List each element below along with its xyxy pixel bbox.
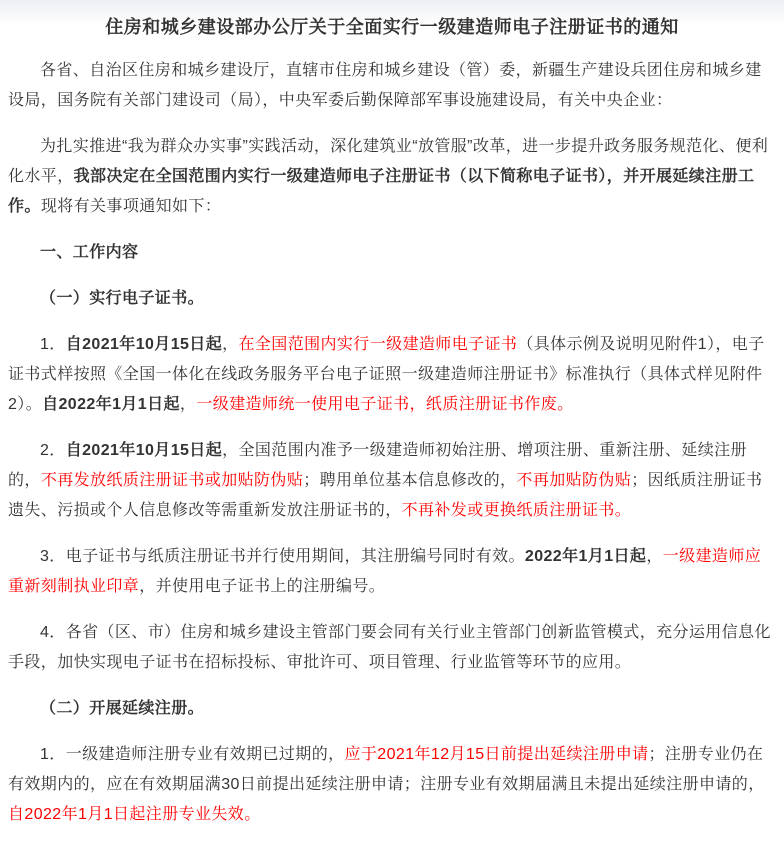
bold-text: 2022年1月1日起: [525, 548, 646, 565]
text-segment: ，: [222, 336, 238, 353]
bold-text: （一）实行电子证书。: [40, 290, 204, 307]
bold-text: 自2021年10月15日起: [66, 336, 222, 353]
paragraph: 3．电子证书与纸质注册证书并行使用期间，其注册编号同时有效。2022年1月1日起…: [8, 542, 776, 602]
document-title: 住房和城乡建设部办公厅关于全面实行一级建造师电子注册证书的通知: [8, 14, 776, 40]
text-segment: 各省、自治区住房和城乡建设厅，直辖市住房和城乡建设（管）委，新疆生产建设兵团住房…: [8, 62, 762, 109]
text-segment: 1．: [40, 336, 66, 353]
highlight-red-text: 不再补发或更换纸质注册证书。: [402, 502, 632, 519]
paragraph: 1．一级建造师注册专业有效期已过期的，应于2021年12月15日前提出延续注册申…: [8, 740, 776, 830]
text-segment: 4．各省（区、市）住房和城乡建设主管部门要会同有关行业主管部门创新监管模式，充分…: [8, 624, 771, 671]
paragraph: 4．各省（区、市）住房和城乡建设主管部门要会同有关行业主管部门创新监管模式，充分…: [8, 618, 776, 678]
paragraph: 各省、自治区住房和城乡建设厅，直辖市住房和城乡建设（管）委，新疆生产建设兵团住房…: [8, 56, 776, 116]
highlight-red-text: 不再加贴防伪贴: [516, 472, 631, 489]
highlight-red-text: 一级建造师统一使用电子证书，纸质注册证书作废。: [196, 396, 573, 413]
paragraph: 为扎实推进“我为群众办实事”实践活动，深化建筑业“放管服”改革，进一步提升政务服…: [8, 132, 776, 222]
highlight-red-text: 不再发放纸质注册证书或加贴防伪贴: [41, 472, 303, 489]
bold-text: （二）开展延续注册。: [40, 700, 204, 717]
text-segment: ，并使用电子证书上的注册编号。: [139, 578, 385, 595]
text-segment: ；聘用单位基本信息修改的，: [303, 472, 516, 489]
document-body: 各省、自治区住房和城乡建设厅，直辖市住房和城乡建设（管）委，新疆生产建设兵团住房…: [8, 56, 776, 830]
paragraph: 2．自2021年10月15日起，全国范围内准予一级建造师初始注册、增项注册、重新…: [8, 436, 776, 526]
section-heading: （二）开展延续注册。: [8, 694, 776, 724]
highlight-red-text: 在全国范围内实行一级建造师电子证书: [239, 336, 518, 353]
text-segment: 3．电子证书与纸质注册证书并行使用期间，其注册编号同时有效。: [40, 548, 525, 565]
highlight-red-text: 应于2021年12月15日前提出延续注册申请: [345, 746, 649, 763]
section-heading: （一）实行电子证书。: [8, 284, 776, 314]
text-segment: 现将有关事项通知如下：: [41, 198, 221, 215]
highlight-red-text: 自2022年1月1日起注册专业失效。: [8, 806, 261, 823]
section-heading: 一、工作内容: [8, 238, 776, 268]
text-segment: ，: [646, 548, 662, 565]
text-segment: 2．: [40, 442, 66, 459]
bold-text: 自2022年1月1日起: [42, 396, 180, 413]
text-segment: ，: [180, 396, 196, 413]
bold-text: 一、工作内容: [40, 244, 138, 261]
notice-page: 住房和城乡建设部办公厅关于全面实行一级建造师电子注册证书的通知 各省、自治区住房…: [0, 0, 784, 854]
text-segment: 1．一级建造师注册专业有效期已过期的，: [40, 746, 345, 763]
paragraph: 1．自2021年10月15日起，在全国范围内实行一级建造师电子证书（具体示例及说…: [8, 330, 776, 420]
bold-text: 自2021年10月15日起: [66, 442, 222, 459]
